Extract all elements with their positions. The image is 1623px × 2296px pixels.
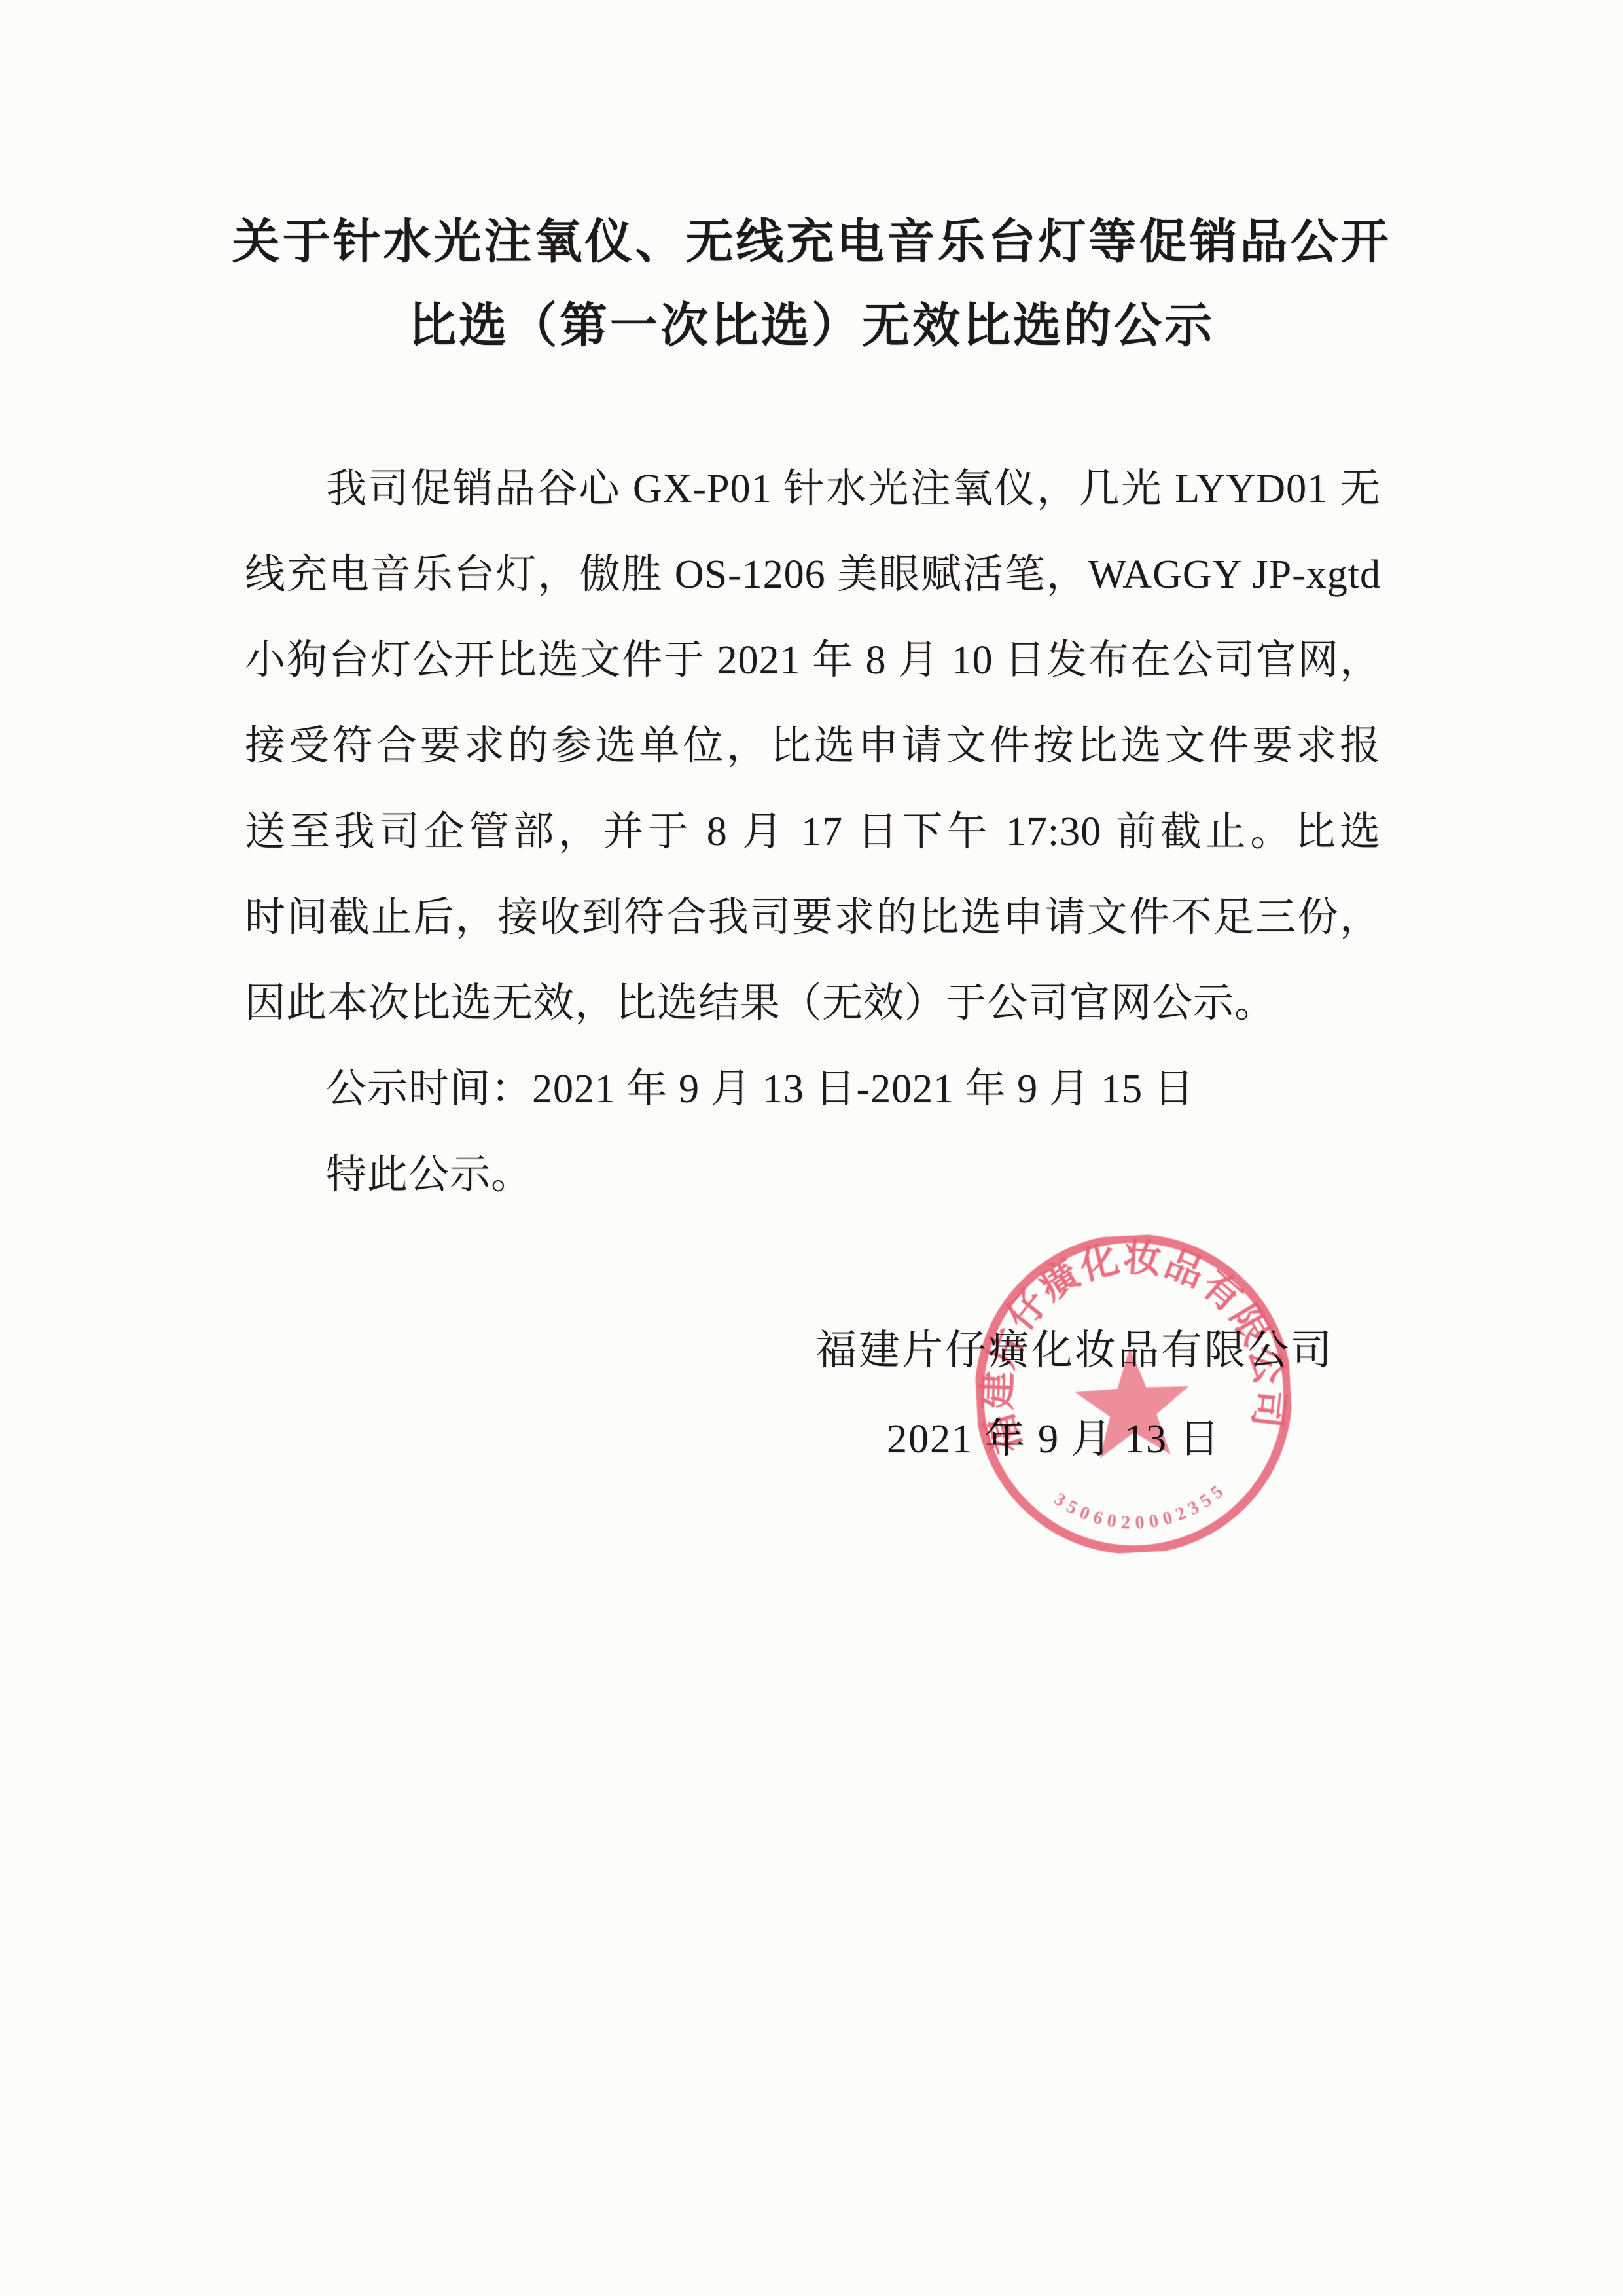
body-line: 公示时间：2021 年 9 月 13 日-2021 年 9 月 15 日 xyxy=(245,1047,1381,1132)
body-line: 小狗台灯公开比选文件于 2021 年 8 月 10 日发布在公司官网， xyxy=(245,618,1381,704)
body-line: 因此本次比选无效，比选结果（无效）于公司官网公示。 xyxy=(245,961,1381,1047)
seal-star-icon xyxy=(1073,1345,1192,1460)
document-title-line-1: 关于针水光注氧仪、无线充电音乐台灯等促销品公开 xyxy=(0,200,1623,284)
body-line: 时间截止后，接收到符合我司要求的比选申请文件不足三份， xyxy=(245,875,1381,961)
document-body: 我司促销品谷心 GX-P01 针水光注氧仪，几光 LYYD01 无 线充电音乐台… xyxy=(245,446,1381,1218)
body-line: 接受符合要求的参选单位，比选申请文件按比选文件要求报 xyxy=(245,704,1381,789)
company-seal: 福建片仔癀化妆品有限公司 3506020002355 xyxy=(969,1228,1299,1560)
document-title: 关于针水光注氧仪、无线充电音乐台灯等促销品公开 比选（第一次比选）无效比选的公示 xyxy=(0,200,1623,368)
body-line: 线充电音乐台灯，傲胜 OS-1206 美眼赋活笔，WAGGY JP-xgtd xyxy=(245,532,1381,618)
body-line: 我司促销品谷心 GX-P01 针水光注氧仪，几光 LYYD01 无 xyxy=(245,446,1381,532)
document-title-line-2: 比选（第一次比选）无效比选的公示 xyxy=(0,284,1623,368)
body-line: 送至我司企管部，并于 8 月 17 日下午 17:30 前截止。比选 xyxy=(245,789,1381,875)
body-line: 特此公示。 xyxy=(245,1132,1381,1218)
document-page: 关于针水光注氧仪、无线充电音乐台灯等促销品公开 比选（第一次比选）无效比选的公示… xyxy=(0,0,1623,2296)
